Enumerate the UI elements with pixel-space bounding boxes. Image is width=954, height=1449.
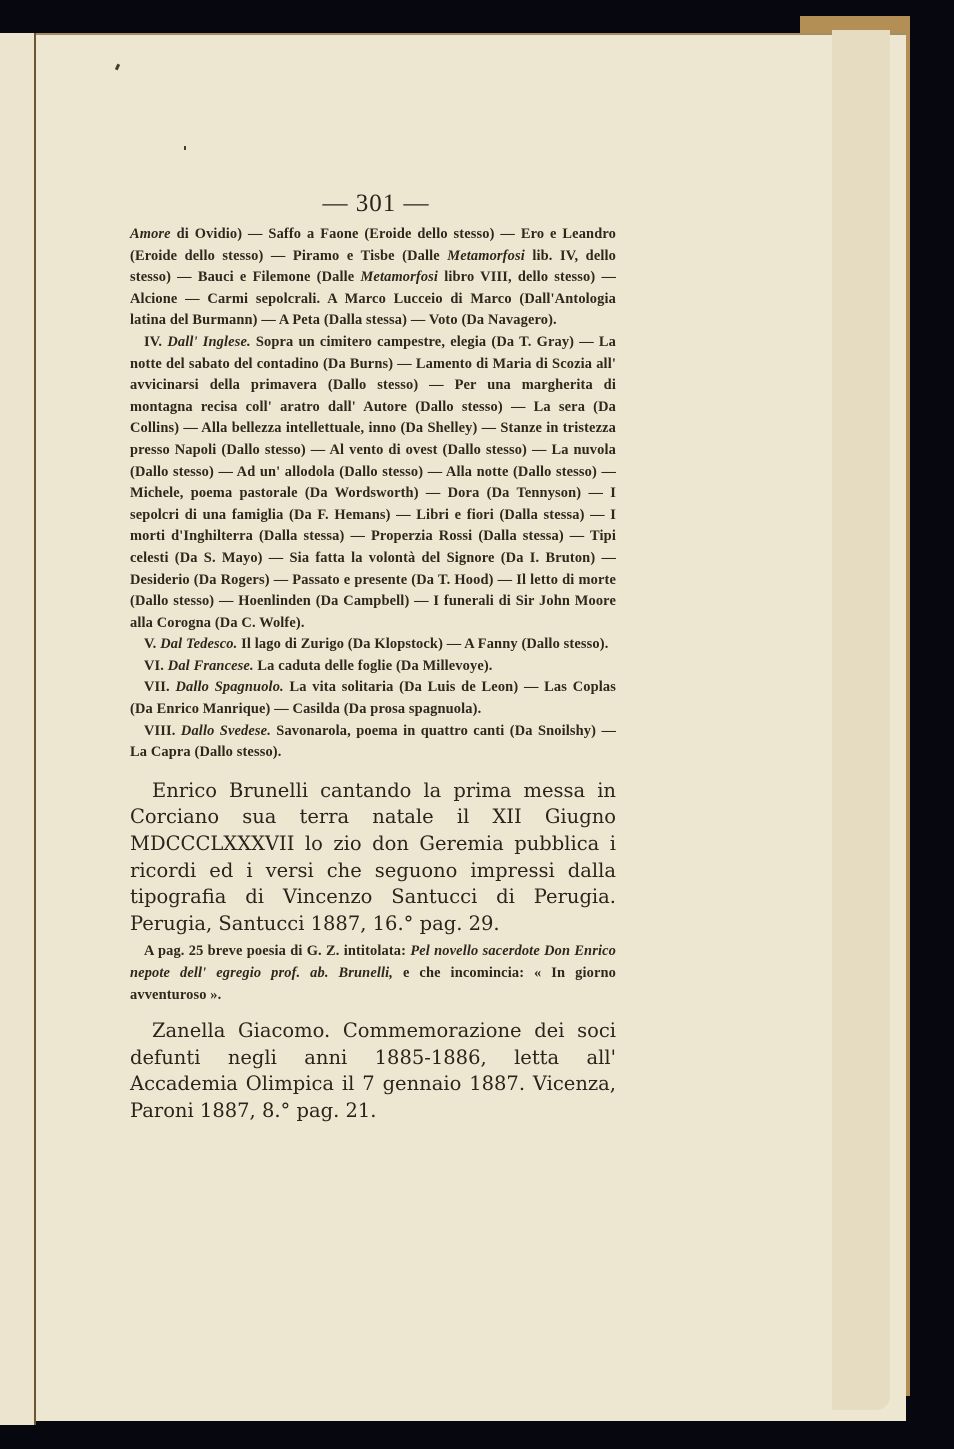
bibliography-entry-zanella: Zanella Giacomo. Commemorazione dei soci… [130,1018,616,1124]
section-language: Dall' Inglese. [167,334,250,350]
section-iv: IV. Dall' Inglese. Sopra un cimitero cam… [130,332,616,634]
section-text: La caduta delle foglie (Da Millevoye). [254,658,493,674]
section-v: V. Dal Tedesco. Il lago di Zurigo (Da Kl… [130,634,616,656]
page-content: — 301 — Amore di Ovidio) — Saffo a Faone… [130,190,616,1125]
section-numeral: VIII. [144,723,176,739]
section-language: Dallo Svedese. [181,723,271,739]
facing-page-edge [0,33,36,1425]
ink-speck [184,146,186,150]
section-numeral: IV. [144,334,162,350]
continuation-paragraph: Amore di Ovidio) — Saffo a Faone (Eroide… [130,224,616,332]
section-viii: VIII. Dallo Svedese. Savonarola, poema i… [130,721,616,764]
section-text: Sopra un cimitero campestre, elegia (Da … [130,334,616,631]
page-fore-edge [832,30,890,1410]
page-number: — 301 — [130,190,616,218]
italic-title: Metamorfosi [447,248,525,264]
entry-note: A pag. 25 breve poesia di G. Z. intitola… [130,941,616,1006]
section-vi: VI. Dal Francese. La caduta delle foglie… [130,656,616,678]
section-vii: VII. Dallo Spagnuolo. La vita solitaria … [130,677,616,720]
section-numeral: VII. [144,679,170,695]
section-text: Il lago di Zurigo (Da Klopstock) — A Fan… [237,636,608,652]
italic-title: Amore [130,226,171,242]
section-numeral: V. [144,636,156,652]
italic-title: Metamorfosi [360,269,438,285]
section-language: Dallo Spagnuolo. [176,679,284,695]
section-language: Dal Tedesco. [160,636,237,652]
bibliography-entry-brunelli: Enrico Brunelli cantando la prima messa … [130,778,616,938]
section-numeral: VI. [144,658,164,674]
section-language: Dal Francese. [168,658,254,674]
note-text: A pag. 25 breve poesia di G. Z. intitola… [144,943,410,959]
